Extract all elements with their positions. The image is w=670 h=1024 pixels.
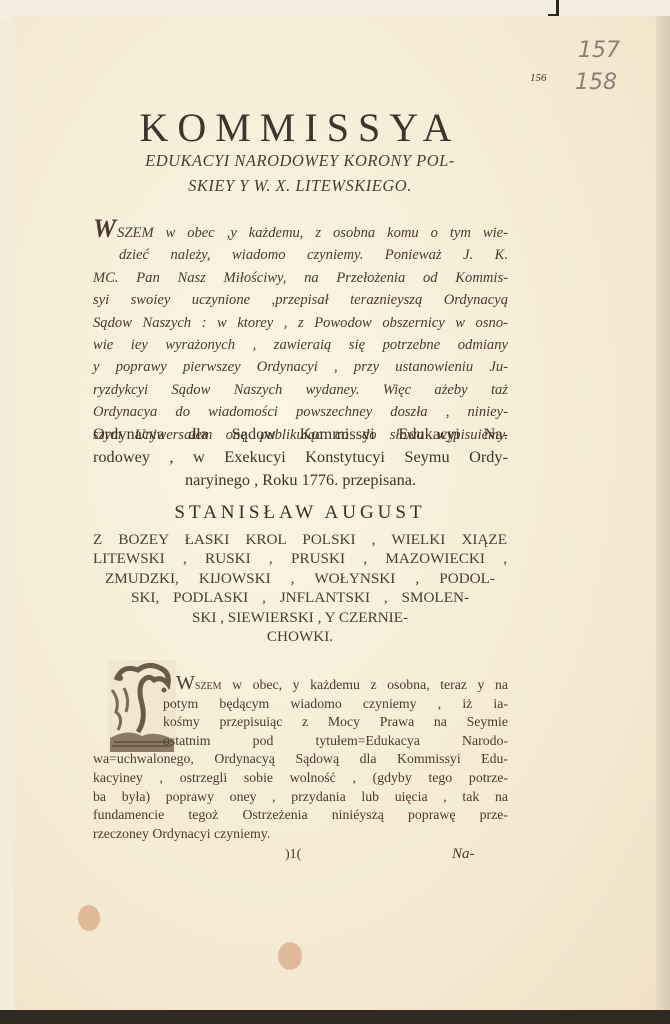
page-subtitle: EDUKACYI NARODOWEY KORONY POL- SKIEY Y W… [90,148,510,198]
text-line: ryzdykcyi Sądow Naszych wydaney. Więc aż… [93,379,508,401]
text-line: rodowey , w Exekucyi Konstytucyi Seymu O… [93,445,508,468]
text-line: CHOWKI. [93,627,507,646]
drop-letter: W [93,214,116,243]
intro-paragraph: WSZEM w obec ,y każdemu, z osobna komu o… [93,218,508,446]
foxing-stain [278,942,302,970]
pencil-folio-number: 158 [575,70,617,95]
text-line: MC. Pan Nasz Miłościwy, na Przełożenia o… [93,267,508,289]
text-line: SKI , SIEWIERSKI , Y CZERNIE- [93,608,507,627]
main-paragraph: Wszem w obec, y każdemu z osobna, teraz … [93,674,508,843]
text-line: Z BOZEY ŁASKI KROL POLSKI , WIELKI XIĄZE [93,530,507,549]
text-line: Wszem w obec, y każdemu z osobna, teraz … [93,674,508,695]
text-line: rzeczoney Ordynacyi czyniemy. [93,825,508,844]
ink-annotation: 156 [530,72,547,84]
text-line: kośmy przepisuiąc z Mocy Prawa na Seymie [93,713,508,732]
text-line: ba była) poprawy oney , przydania lub ui… [93,788,508,807]
subtitle-line: SKIEY Y W. X. LITEWSKIEGO. [90,173,510,198]
pencil-folio-number: 157 [578,38,620,63]
text-line: SKI, PODLASKI , JNFLANTSKI , SMOLEN- [93,588,507,607]
text-line: ZMUDZKI, KIJOWSKI , WOŁYNSKI , PODOL- [93,569,507,588]
text-line: Ordynacya do wiadomości powszechney dosz… [93,401,508,423]
foxing-stain [78,905,100,931]
text-line: potym będącym wiadomo czyniemy , iż ia- [93,695,508,714]
text-line: naryinego , Roku 1776. przepisana. [93,468,508,491]
text-line: dzieć należy, wiadomo czyniemy. Ponieważ… [93,244,508,266]
page-title: KOMMISSYA [100,104,500,151]
text-line: syi swoiey uczynione ,przepisał teraznie… [93,289,508,311]
signature-mark: )1( [285,847,301,863]
text-line: Ordynacya dla Sądow Kommissyi Edukacyi N… [93,422,508,445]
page-edge [656,16,670,1010]
catchword: Na- [452,846,475,863]
text-line: fundamencie tegoż Ostrzeżenia niniéyszą … [93,806,508,825]
text-line: y poprawy pierwszey Ordynacyi , przy ust… [93,356,508,378]
subtitle-line: EDUKACYI NARODOWEY KORONY POL- [90,148,510,173]
scan-bottom-edge [0,1010,670,1024]
king-name: STANISŁAW AUGUST [90,502,510,524]
text-line: LITEWSKI , RUSKI , PRUSKI , MAZOWIECKI , [93,549,507,568]
ordynacya-heading: Ordynacya dla Sądow Kommissyi Edukacyi N… [93,422,508,491]
text-line: ostatnim pod tytułem=Edukacya Narodo- [93,732,508,751]
text-line: Sądow Naszych : w ktorey , z Powodow obs… [93,312,508,334]
text-line: kacyiney , ostrzegli sobie wolność , (gd… [93,769,508,788]
binding-mark [548,0,559,17]
text-line: wie iey wyrażonych , zawieraią się potrz… [93,334,508,356]
text-line: wa=uchwalonego, Ordynacyą Sądową dla Kom… [93,750,508,769]
king-titles: Z BOZEY ŁASKI KROL POLSKI , WIELKI XIĄZE… [93,530,507,646]
text-line: WSZEM w obec ,y każdemu, z osobna komu o… [93,218,508,244]
